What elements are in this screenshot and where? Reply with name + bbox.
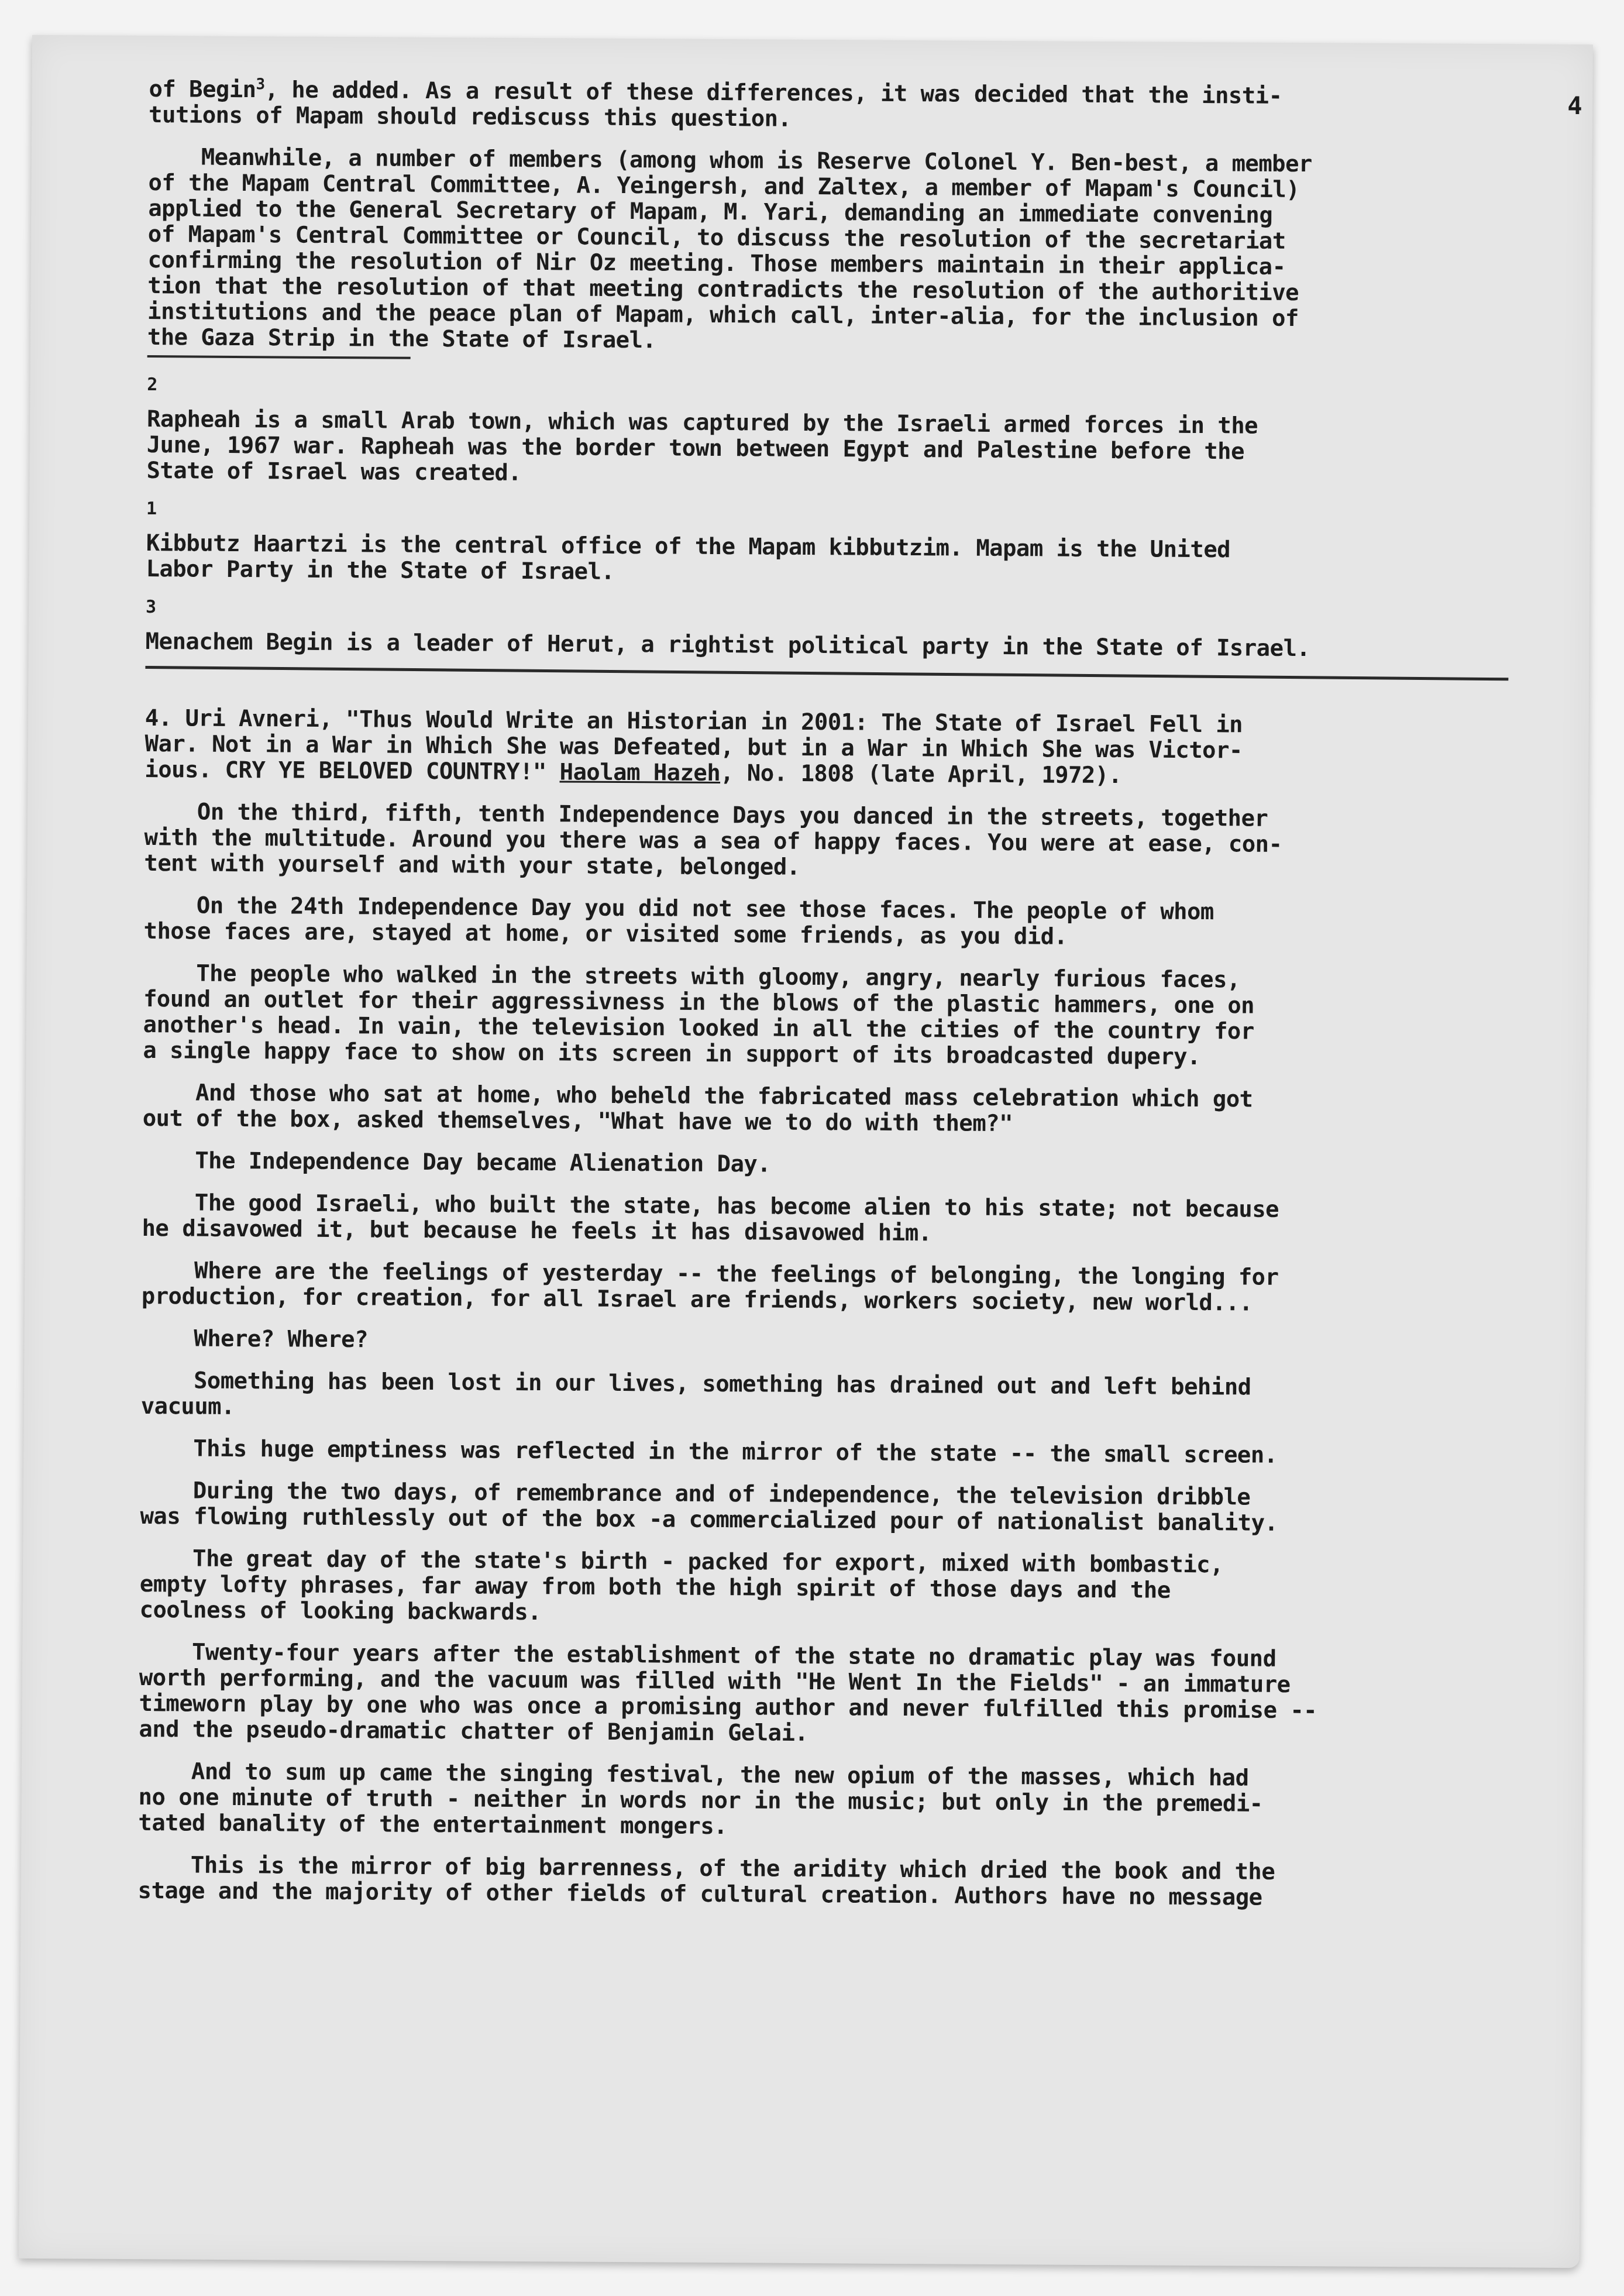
article-paragraph: On the 24th Independence Day you did not…	[144, 893, 1507, 953]
text-line: Menachem Begin is a leader of Herut, a r…	[146, 629, 1509, 663]
article-paragraph: Where? Where?	[141, 1326, 1504, 1360]
footnote-3: 3 Menachem Begin is a leader of Herut, a…	[146, 603, 1509, 663]
article-paragraph: Something has been lost in our lives, so…	[141, 1368, 1504, 1428]
article-body: On the third, fifth, tenth Independence …	[138, 799, 1508, 1912]
footnote-1: 1 Kibbutz Haartzi is the central office …	[146, 505, 1509, 590]
text-line: Where? Where?	[141, 1326, 1504, 1360]
text-fragment: ious. CRY YE BELOVED COUNTRY!"	[144, 757, 560, 785]
article-paragraph: The great day of the state's birth - pac…	[139, 1546, 1503, 1631]
article-paragraph: This huge emptiness was reflected in the…	[140, 1436, 1503, 1470]
source-title: Haolam Hazeh	[559, 759, 720, 786]
text-line: The Independence Day became Alienation D…	[142, 1148, 1505, 1182]
article-paragraph: And those who sat at home, who beheld th…	[143, 1080, 1506, 1140]
article-paragraph: The good Israeli, who built the state, h…	[142, 1190, 1505, 1250]
article-citation: 4. Uri Avneri, "Thus Would Write an Hist…	[144, 706, 1508, 791]
document-page: 4 of Begin3, he added. As a result of th…	[19, 35, 1593, 2268]
page-content: of Begin3, he added. As a result of thes…	[137, 77, 1512, 1929]
footnote-mark: 2	[147, 374, 157, 395]
opening-paragraph: of Begin3, he added. As a result of thes…	[149, 77, 1512, 136]
footnote-divider	[147, 355, 411, 359]
text-line: This huge emptiness was reflected in the…	[140, 1436, 1503, 1470]
text-fragment: , No. 1808 (late April, 1972).	[720, 760, 1122, 789]
footnote-mark: 1	[146, 499, 157, 519]
article-paragraph: On the third, fifth, tenth Independence …	[144, 799, 1508, 885]
footnote-mark: 3	[146, 597, 156, 617]
article-paragraph: This is the mirror of big barrenness, of…	[138, 1852, 1501, 1912]
meanwhile-paragraph: Meanwhile, a number of members (among wh…	[147, 145, 1512, 359]
section-divider	[145, 666, 1508, 680]
text-fragment: of Begin	[149, 76, 256, 103]
article-paragraph: During the two days, of remembrance and …	[140, 1478, 1503, 1538]
footnote-reference: 3	[256, 75, 264, 93]
article-paragraph: The Independence Day became Alienation D…	[142, 1148, 1505, 1182]
page-number: 4	[1567, 91, 1582, 120]
article-paragraph: The people who walked in the streets wit…	[143, 961, 1506, 1072]
article-paragraph: Twenty-four years after the establishmen…	[139, 1639, 1502, 1751]
footnote-2: 2 Rapheah is a small Arab town, which wa…	[146, 381, 1510, 492]
article-paragraph: Where are the feelings of yesterday -- t…	[142, 1258, 1505, 1318]
article-paragraph: And to sum up came the singing festival,…	[138, 1759, 1502, 1844]
